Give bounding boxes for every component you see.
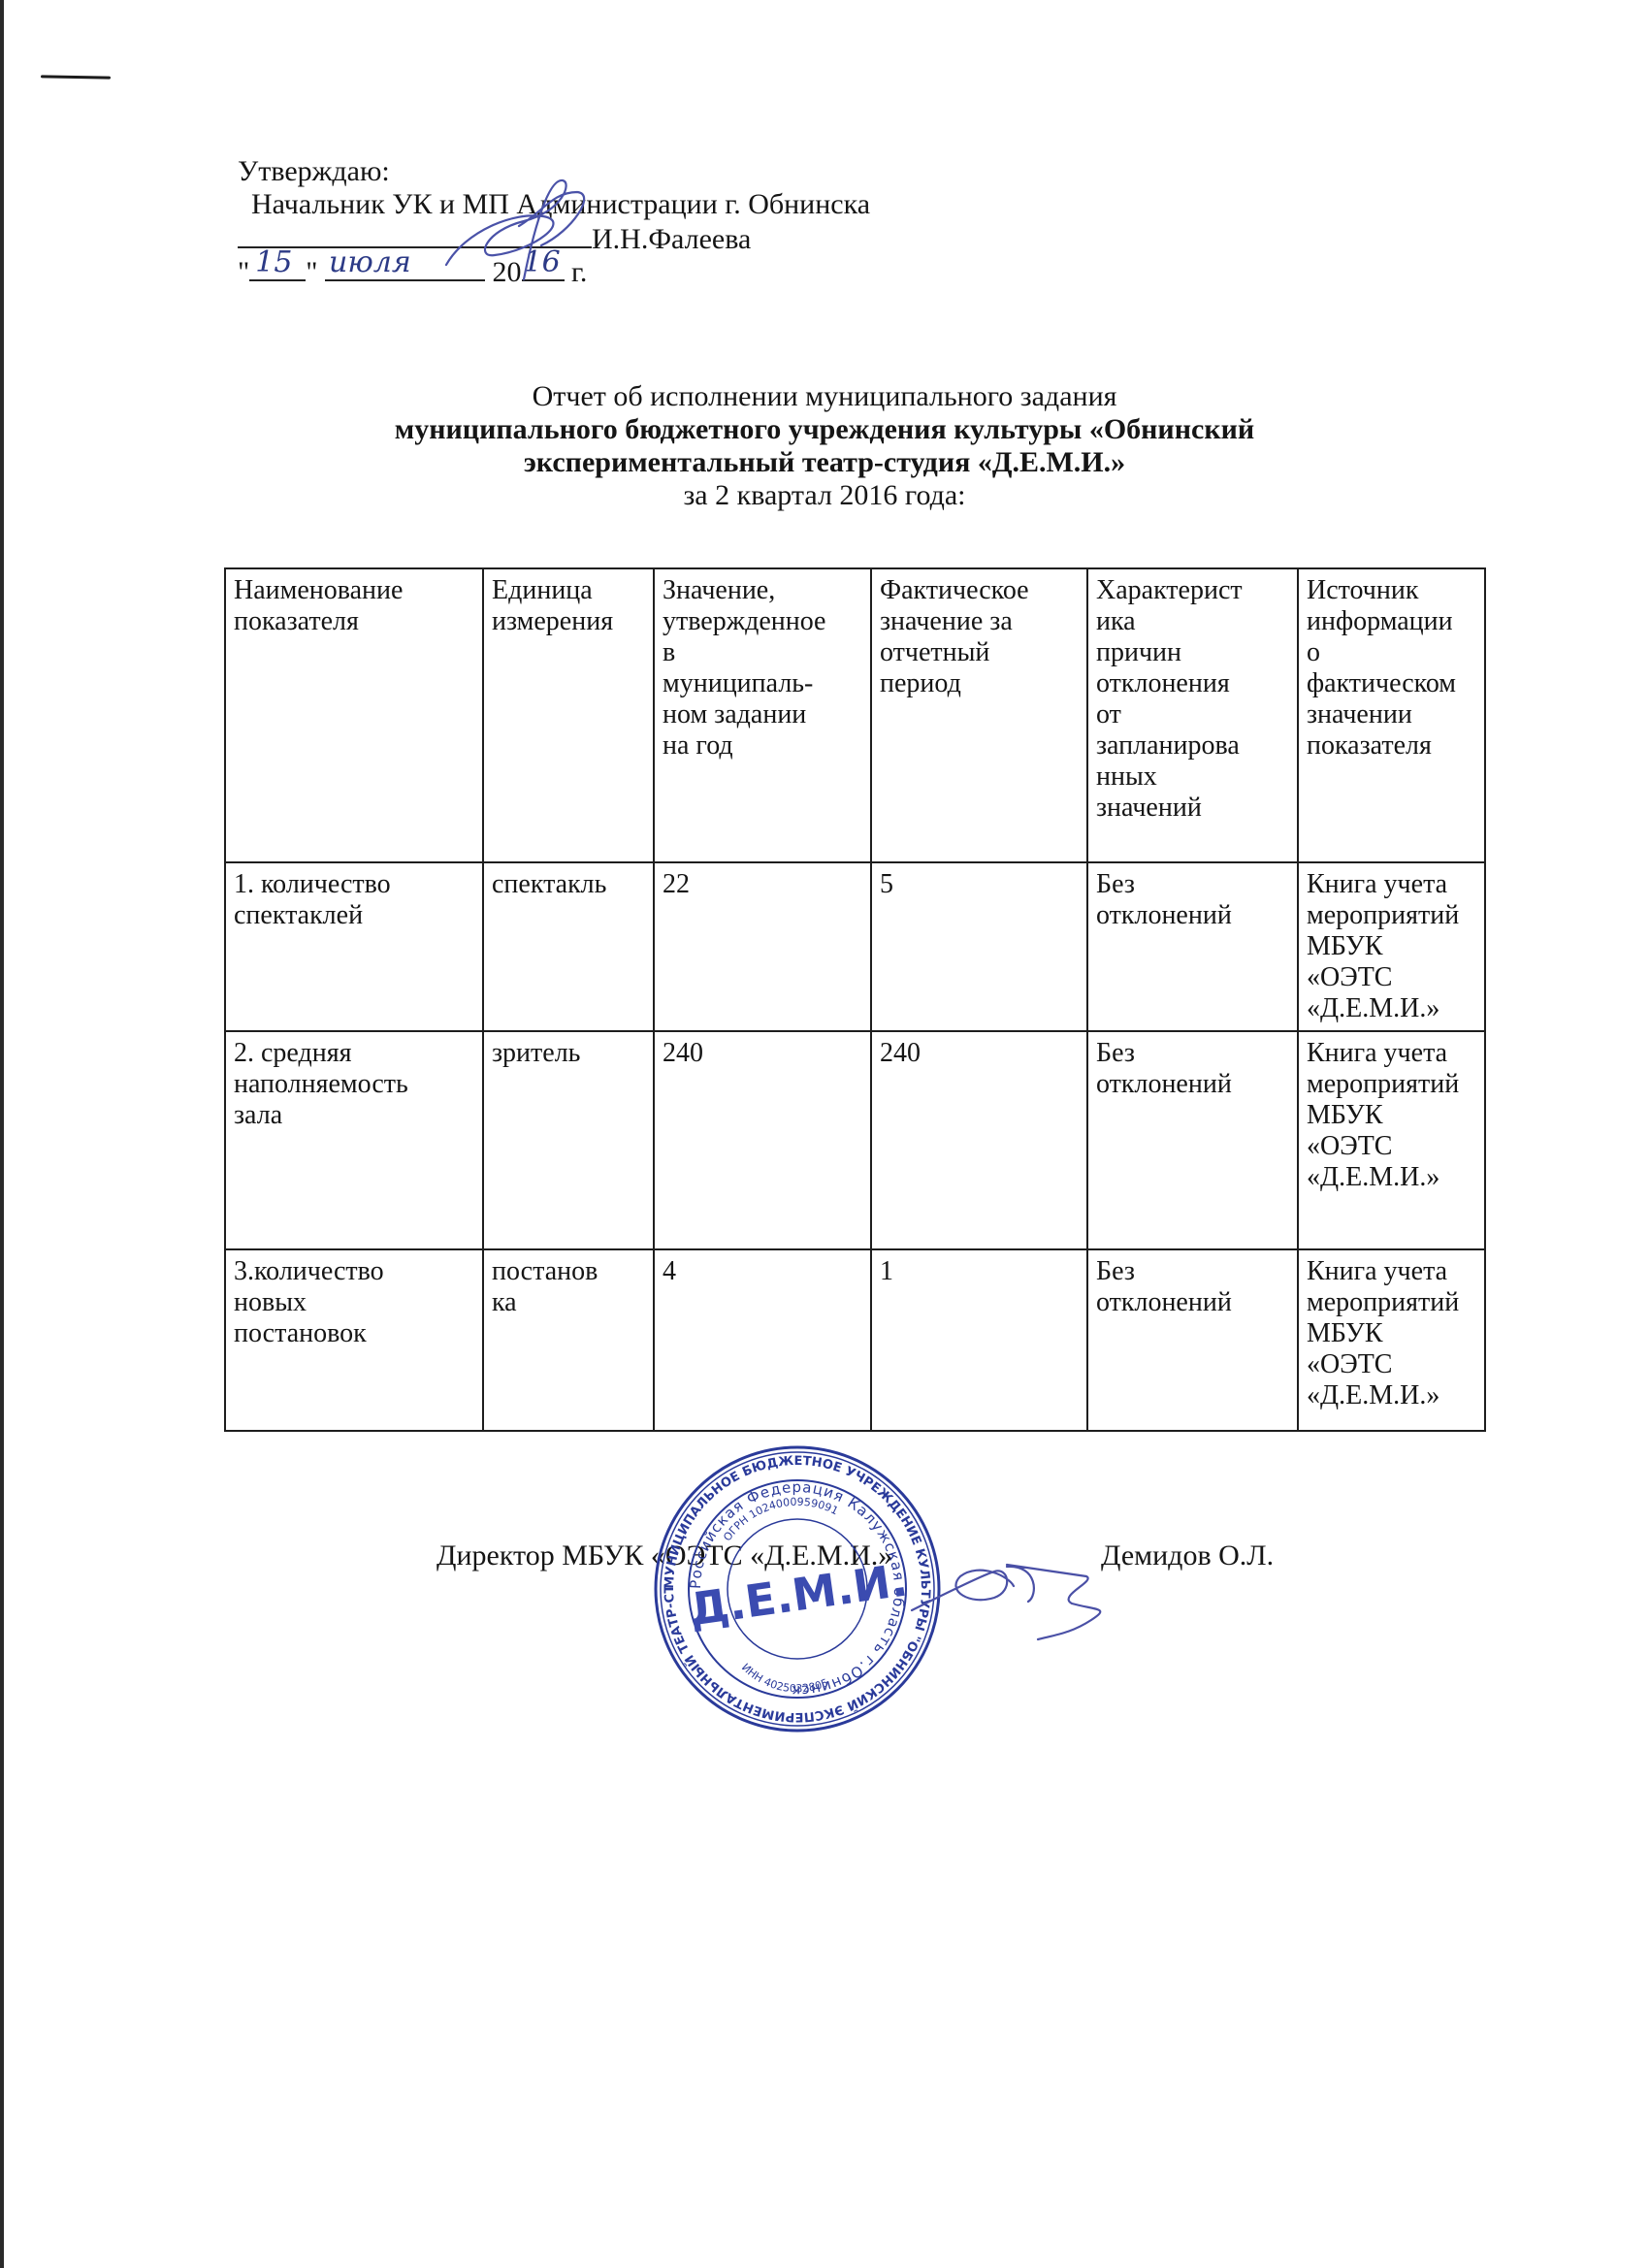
title-line-1: Отчет об исполнении муниципального задан… — [0, 380, 1649, 413]
svg-text:ИНН 4025032805: ИНН 4025032805 — [739, 1661, 830, 1695]
table-row: 2. средняя наполняемость зала зритель 24… — [225, 1031, 1485, 1249]
scan-edge — [0, 0, 4, 2268]
header-indicator-name: Наименование показателя — [225, 568, 483, 862]
cell-planned: 22 — [654, 862, 871, 1031]
cell-unit: спектакль — [483, 862, 654, 1031]
date-day: 15 — [255, 246, 292, 279]
date-month: июля — [329, 246, 411, 279]
head-signature-icon — [427, 173, 660, 289]
cell-deviation: Без отклонений — [1087, 1031, 1298, 1249]
cell-unit: зритель — [483, 1031, 654, 1249]
title-line-4: за 2 квартал 2016 года: — [0, 479, 1649, 512]
header-info-source: Источник информации о фактическом значен… — [1298, 568, 1485, 862]
cell-indicator: 2. средняя наполняемость зала — [225, 1031, 483, 1249]
header-deviation-reasons: Характерист ика причин отклонения от зап… — [1087, 568, 1298, 862]
cell-actual: 5 — [871, 862, 1087, 1031]
cell-unit: постанов ка — [483, 1249, 654, 1431]
date-quote-open: " — [238, 256, 249, 288]
day-blank: 15 — [249, 254, 306, 281]
stamp-center: Д.Е.М.И. — [686, 1553, 911, 1636]
corner-pen-mark — [41, 75, 111, 79]
official-stamp-icon: МУНИЦИПАЛЬНОЕ БЮДЖЕТНОЕ УЧРЕЖДЕНИЕ КУЛЬТ… — [652, 1443, 943, 1734]
date-quote-close: " — [306, 256, 317, 288]
cell-source: Книга учета мероприятий МБУК «ОЭТС «Д.Е.… — [1298, 1249, 1485, 1431]
director-signature-icon — [902, 1538, 1135, 1654]
table-header-row: Наименование показателя Единица измерени… — [225, 568, 1485, 862]
title-line-3: экспериментальный театр-студия «Д.Е.М.И.… — [0, 446, 1649, 479]
title-line-2: муниципального бюджетного учреждения кул… — [0, 413, 1649, 446]
header-actual-value: Фактическое значение за отчетный период — [871, 568, 1087, 862]
cell-source: Книга учета мероприятий МБУК «ОЭТС «Д.Е.… — [1298, 1031, 1485, 1249]
cell-deviation: Без отклонений — [1087, 1249, 1298, 1431]
cell-deviation: Без отклонений — [1087, 862, 1298, 1031]
cell-indicator: 1. количество спектаклей — [225, 862, 483, 1031]
cell-planned: 4 — [654, 1249, 871, 1431]
cell-indicator: 3.количество новых постановок — [225, 1249, 483, 1431]
header-planned-value: Значение, утвержденное в муниципаль- ном… — [654, 568, 871, 862]
cell-actual: 1 — [871, 1249, 1087, 1431]
table-row: 1. количество спектаклей спектакль 22 5 … — [225, 862, 1485, 1031]
table-row: 3.количество новых постановок постанов к… — [225, 1249, 1485, 1431]
indicators-table: Наименование показателя Единица измерени… — [224, 567, 1486, 1432]
cell-actual: 240 — [871, 1031, 1087, 1249]
header-unit: Единица измерения — [483, 568, 654, 862]
cell-source: Книга учета мероприятий МБУК «ОЭТС «Д.Е.… — [1298, 862, 1485, 1031]
cell-planned: 240 — [654, 1031, 871, 1249]
report-title: Отчет об исполнении муниципального задан… — [0, 380, 1649, 512]
stamp-inn: ИНН 4025032805 — [739, 1661, 830, 1695]
